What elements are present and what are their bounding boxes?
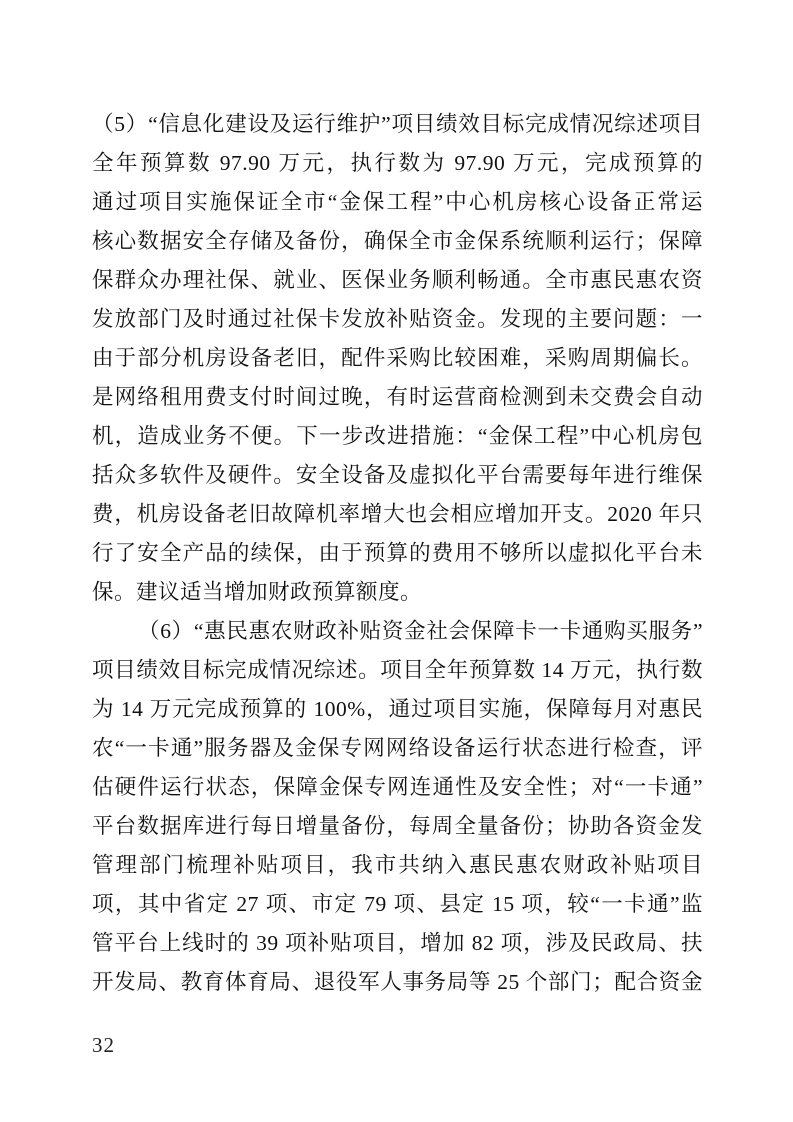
text-line: 机，造成业务不便。下一步改进措施：“金保工程”中心机房包 — [92, 417, 703, 456]
text-line: 括众多软件及硬件。安全设备及虚拟化平台需要每年进行维保续 — [92, 456, 703, 495]
document-body: （5）“信息化建设及运行维护”项目绩效目标完成情况综述项目 全年预算数 97.9… — [92, 105, 703, 1002]
text-line: 管理部门梳理补贴项目，我市共纳入惠民惠农财政补贴项目 121 — [92, 846, 703, 885]
document-page: （5）“信息化建设及运行维护”项目绩效目标完成情况综述项目 全年预算数 97.9… — [0, 0, 793, 1122]
text-line: 平台数据库进行每日增量备份，每周全量备份；协助各资金发放 — [92, 807, 703, 846]
text-line: 开发局、教育体育局、退役军人事务局等 25 个部门；配合资金 — [92, 963, 703, 1002]
text-line: （5）“信息化建设及运行维护”项目绩效目标完成情况综述项目 — [92, 105, 703, 144]
text-line: 是网络租用费支付时间过晚，有时运营商检测到未交费会自动停 — [92, 378, 703, 417]
text-line: 估硬件运行状态，保障金保专网连通性及安全性；对“一卡通” — [92, 768, 703, 807]
text-line: 由于部分机房设备老旧，配件采购比较困难，采购周期偏长。二 — [92, 339, 703, 378]
text-line: 项，其中省定 27 项、市定 79 项、县定 15 项，较“一卡通”监 — [92, 885, 703, 924]
text-line-paragraph-start: （6）“惠民惠农财政补贴资金社会保障卡一卡通购买服务” — [92, 612, 703, 651]
text-line: 农“一卡通”服务器及金保专网网络设备运行状态进行检查，评 — [92, 729, 703, 768]
text-line: 为 14 万元完成预算的 100%，通过项目实施，保障每月对惠民惠 — [92, 690, 703, 729]
text-line: 核心数据安全存储及备份，确保全市金保系统顺利运行；保障参 — [92, 222, 703, 261]
text-line: 管平台上线时的 39 项补贴项目，增加 82 项，涉及民政局、扶贫 — [92, 924, 703, 963]
text-line: 费，机房设备老旧故障机率增大也会相应增加开支。2020 年只进 — [92, 495, 703, 534]
text-line-paragraph-end: 保。建议适当增加财政预算额度。 — [92, 573, 703, 612]
text-line: 项目绩效目标完成情况综述。项目全年预算数 14 万元，执行数 — [92, 651, 703, 690]
text-line: 保群众办理社保、就业、医保业务顺利畅通。全市惠民惠农资金 — [92, 261, 703, 300]
text-line: 行了安全产品的续保，由于预算的费用不够所以虚拟化平台未续 — [92, 534, 703, 573]
text-line: 发放部门及时通过社保卡发放补贴资金。发现的主要问题：一是 — [92, 300, 703, 339]
text-line: 全年预算数 97.90 万元，执行数为 97.90 万元，完成预算的 100%。 — [92, 144, 703, 183]
page-number: 32 — [92, 1030, 115, 1060]
text-line: 通过项目实施保证全市“金保工程”中心机房核心设备正常运行， — [92, 183, 703, 222]
